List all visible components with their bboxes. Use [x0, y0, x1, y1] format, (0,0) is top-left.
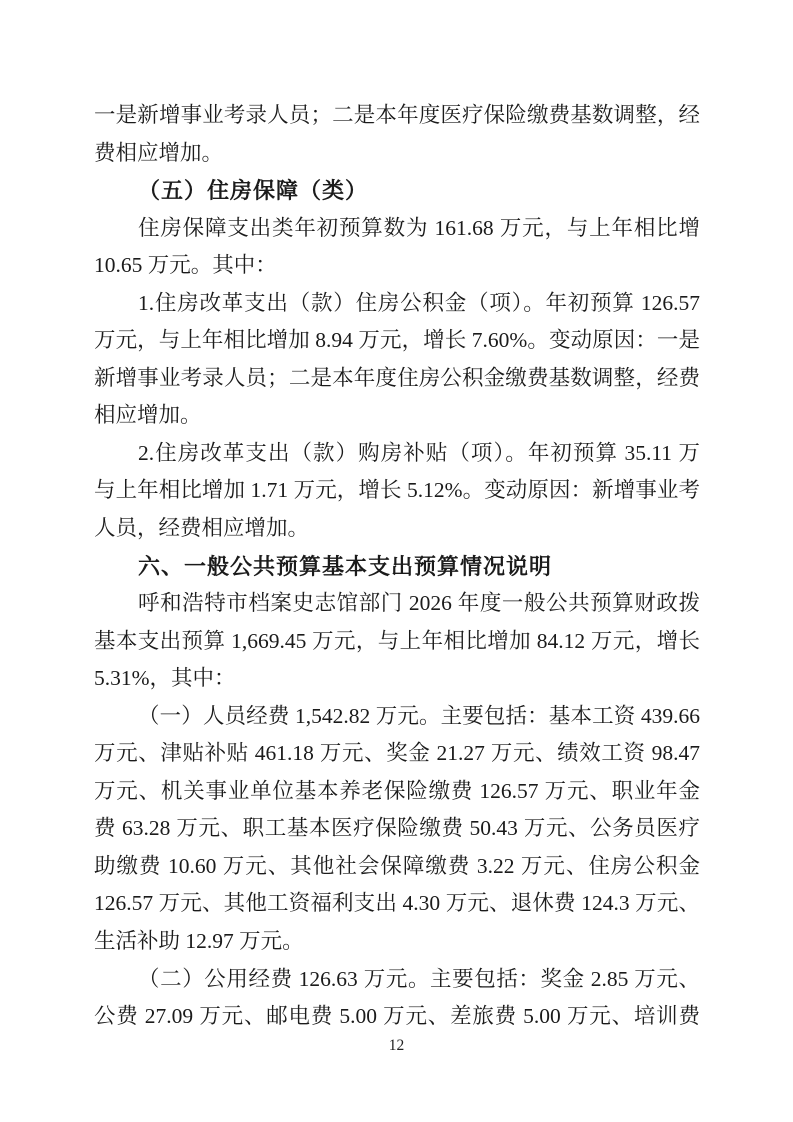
text-line: 相应增加。: [94, 397, 700, 435]
section-heading: （五）住房保障（类）: [94, 172, 700, 210]
text-line: 一是新增事业考录人员；二是本年度医疗保险缴费基数调整，经: [94, 97, 700, 135]
text-line: 2.住房改革支出（款）购房补贴（项）。年初预算 35.11 万元，: [94, 435, 700, 473]
section-heading: 六、一般公共预算基本支出预算情况说明: [94, 548, 700, 586]
text-line: （二）公用经费 126.63 万元。主要包括：奖金 2.85 万元、办: [94, 961, 700, 999]
text-line: 126.57 万元、其他工资福利支出 4.30 万元、退休费 124.3 万元、: [94, 885, 700, 923]
text-line: 人员，经费相应增加。: [94, 510, 700, 548]
text-line: 基本支出预算 1,669.45 万元，与上年相比增加 84.12 万元，增长: [94, 623, 700, 661]
text-line: 5.31%，其中：: [94, 660, 700, 698]
text-line: 与上年相比增加 1.71 万元，增长 5.12%。变动原因：新增事业考录: [94, 472, 700, 510]
text-line: 万元、津贴补贴 461.18 万元、奖金 21.27 万元、绩效工资 98.47: [94, 735, 700, 773]
text-line: 费相应增加。: [94, 135, 700, 173]
text-line: 费 63.28 万元、职工基本医疗保险缴费 50.43 万元、公务员医疗补: [94, 810, 700, 848]
text-line: 万元、机关事业单位基本养老保险缴费 126.57 万元、职业年金缴: [94, 773, 700, 811]
text-line: 公费 27.09 万元、邮电费 5.00 万元、差旅费 5.00 万元、培训费 …: [94, 998, 700, 1036]
text-line: 呼和浩特市档案史志馆部门 2026 年度一般公共预算财政拨款: [94, 585, 700, 623]
text-line: 住房保障支出类年初预算数为 161.68 万元，与上年相比增加: [94, 210, 700, 248]
document-page: 一是新增事业考录人员；二是本年度医疗保险缴费基数调整，经费相应增加。（五）住房保…: [0, 0, 793, 1122]
document-text: 一是新增事业考录人员；二是本年度医疗保险缴费基数调整，经费相应增加。（五）住房保…: [94, 97, 700, 1036]
text-line: 生活补助 12.97 万元。: [94, 923, 700, 961]
text-line: （一）人员经费 1,542.82 万元。主要包括：基本工资 439.66: [94, 698, 700, 736]
text-line: 新增事业考录人员；二是本年度住房公积金缴费基数调整，经费: [94, 360, 700, 398]
text-line: 万元，与上年相比增加 8.94 万元，增长 7.60%。变动原因：一是: [94, 322, 700, 360]
text-line: 助缴费 10.60 万元、其他社会保障缴费 3.22 万元、住房公积金: [94, 848, 700, 886]
page-number: 12: [0, 1034, 793, 1058]
text-line: 1.住房改革支出（款）住房公积金（项）。年初预算 126.57: [94, 285, 700, 323]
text-line: 10.65 万元。其中：: [94, 247, 700, 285]
